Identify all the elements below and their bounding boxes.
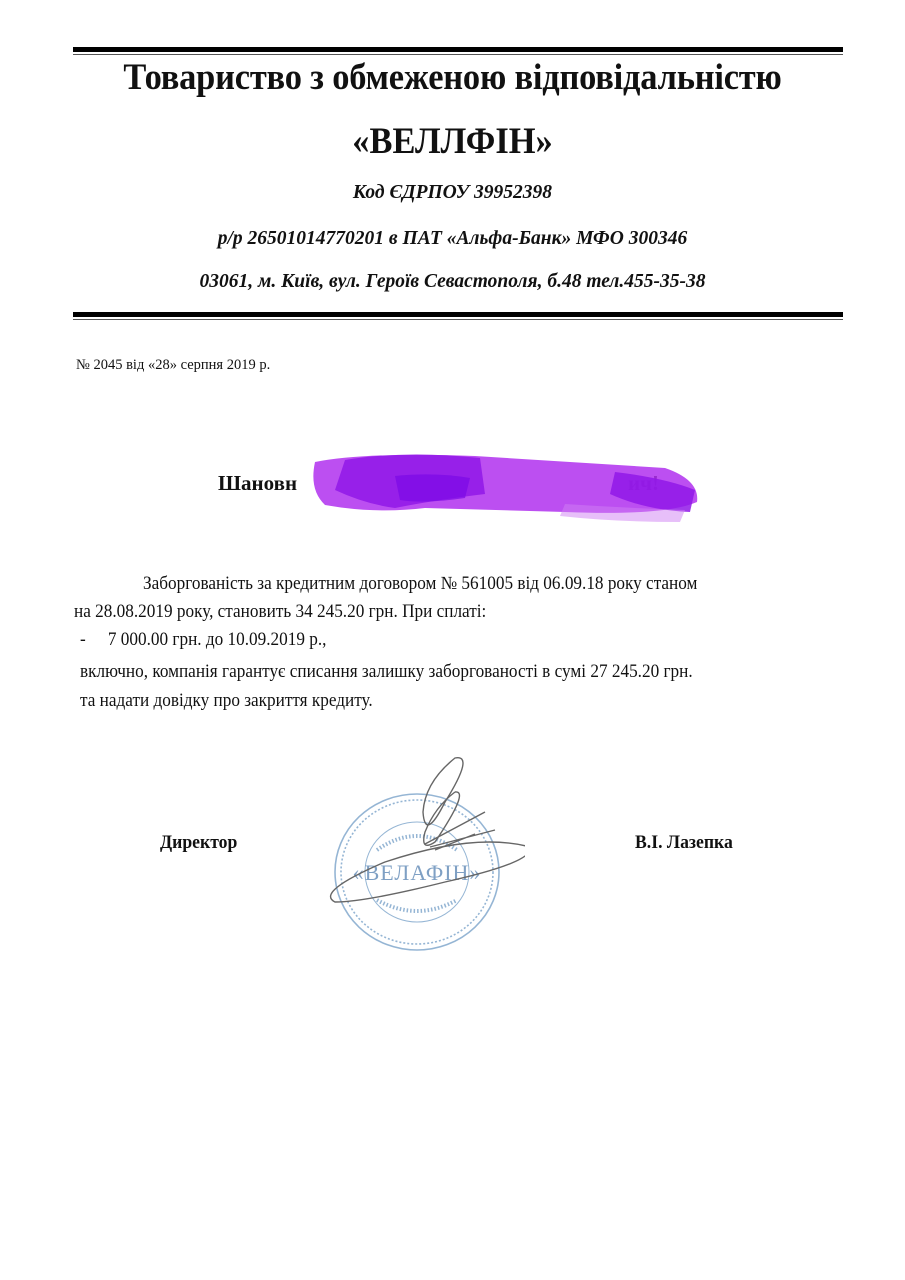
company-name-line2: «ВЕЛЛФІН» <box>32 120 874 163</box>
paragraph1-line1: Заборгованість за кредитним договором № … <box>143 574 697 595</box>
stamp-text: «ВЕЛАФІН» <box>353 860 482 885</box>
salutation: Шановн ич! <box>218 471 297 496</box>
bank-details: р/р 26501014770201 в ПАТ «Альфа-Банк» МФ… <box>0 228 905 250</box>
paragraph2-line2: та надати довідку про закриття кредиту. <box>80 691 373 712</box>
header-top-rule <box>73 47 843 55</box>
rule-thin <box>73 319 843 320</box>
redaction-scribble <box>305 450 705 530</box>
bullet-text: 7 000.00 грн. до 10.09.2019 р., <box>108 630 327 650</box>
company-address: 03061, м. Київ, вул. Героїв Севастополя,… <box>0 271 905 293</box>
rule-thin <box>73 54 843 55</box>
edrpou-code: Код ЄДРПОУ 39952398 <box>0 182 905 204</box>
signatory-title: Директор <box>160 832 237 854</box>
header-bottom-rule <box>73 312 843 320</box>
company-name-line1: Товариство з обмеженою відповідальністю <box>32 56 874 99</box>
paragraph2-line1: включно, компанія гарантує списання зали… <box>80 662 693 683</box>
bullet-dash: - <box>80 630 108 651</box>
paragraph1-line2: на 28.08.2019 року, становить 34 245.20 … <box>74 602 486 623</box>
payment-bullet: -7 000.00 грн. до 10.09.2019 р., <box>80 630 326 651</box>
rule-thick <box>73 47 843 52</box>
company-stamp: «ВЕЛАФІН» <box>325 752 525 952</box>
salutation-start: Шановн <box>218 471 297 495</box>
signatory-name: В.І. Лазепка <box>635 832 733 854</box>
rule-thick <box>73 312 843 317</box>
document-number: № 2045 від «28» серпня 2019 р. <box>76 357 270 374</box>
